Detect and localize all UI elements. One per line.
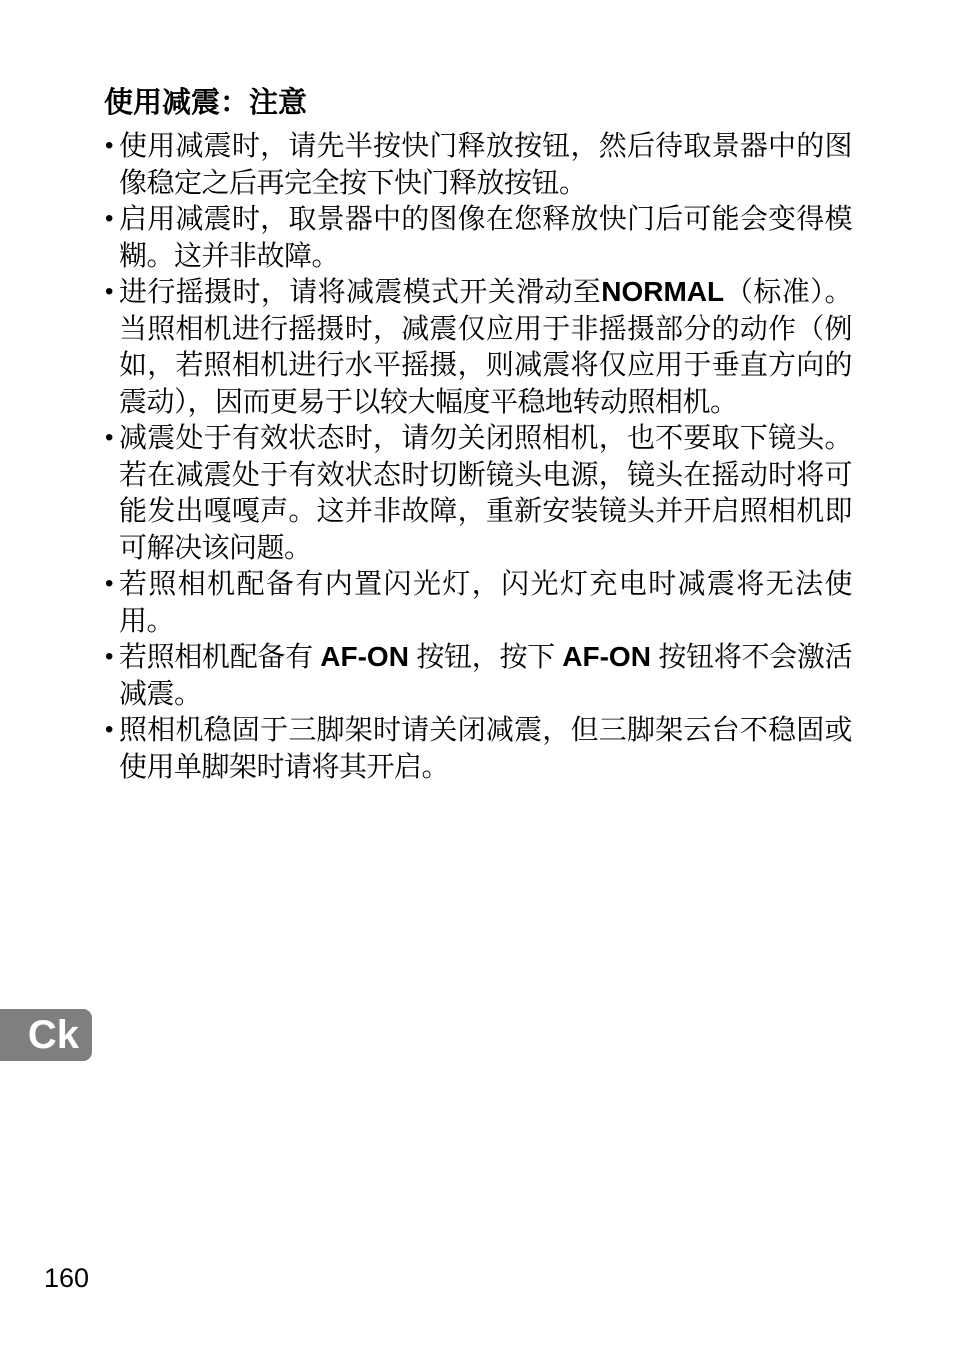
bullet-text: 启用减震时，取景器中的图像在您释放快门后可能会变得模糊。这并非故障。	[119, 203, 852, 271]
bullet-text: 使用减震时，请先半按快门释放按钮，然后待取景器中的图像稳定之后再完全按下快门释放…	[119, 130, 852, 198]
bullet-marker-icon: •	[105, 712, 113, 749]
bullet-item: •进行摇摄时，请将减震模式开关滑动至NORMAL（标准）。当照相机进行摇摄时，减…	[104, 274, 852, 420]
bullet-list: •使用减震时，请先半按快门释放按钮，然后待取景器中的图像稳定之后再完全按下快门释…	[104, 128, 852, 785]
bullet-text: 减震处于有效状态时，请勿关闭照相机，也不要取下镜头。若在减震处于有效状态时切断镜…	[119, 422, 852, 563]
bullet-marker-icon: •	[105, 201, 113, 238]
page-content: 使用减震：注意 •使用减震时，请先半按快门释放按钮，然后待取景器中的图像稳定之后…	[104, 84, 852, 785]
bullet-marker-icon: •	[105, 274, 113, 311]
bullet-item: •若照相机配备有内置闪光灯，闪光灯充电时减震将无法使用。	[104, 566, 852, 639]
page-number: 160	[44, 1261, 89, 1295]
bullet-item: •减震处于有效状态时，请勿关闭照相机，也不要取下镜头。若在减震处于有效状态时切断…	[104, 420, 852, 566]
bullet-item: •启用减震时，取景器中的图像在您释放快门后可能会变得模糊。这并非故障。	[104, 201, 852, 274]
bullet-marker-icon: •	[105, 566, 113, 603]
bullet-text: 进行摇摄时，请将减震模式开关滑动至NORMAL（标准）。当照相机进行摇摄时，减震…	[119, 276, 852, 417]
bullet-text: 照相机稳固于三脚架时请关闭减震，但三脚架云台不稳固或使用单脚架时请将其开启。	[119, 714, 852, 782]
bullet-item: •使用减震时，请先半按快门释放按钮，然后待取景器中的图像稳定之后再完全按下快门释…	[104, 128, 852, 201]
bullet-item: •若照相机配备有 AF-ON 按钮，按下 AF-ON 按钮将不会激活减震。	[104, 639, 852, 712]
bullet-marker-icon: •	[105, 420, 113, 457]
bullet-text: 若照相机配备有 AF-ON 按钮，按下 AF-ON 按钮将不会激活减震。	[119, 641, 852, 709]
manual-page: { "document": { "heading": "使用减震：注意", "b…	[0, 0, 954, 1345]
bullet-marker-icon: •	[105, 128, 113, 165]
section-heading: 使用减震：注意	[104, 84, 852, 122]
bullet-marker-icon: •	[105, 639, 113, 676]
bullet-text: 若照相机配备有内置闪光灯，闪光灯充电时减震将无法使用。	[119, 568, 852, 636]
language-section-tab: Ck	[0, 1009, 92, 1061]
bullet-item: •照相机稳固于三脚架时请关闭减震，但三脚架云台不稳固或使用单脚架时请将其开启。	[104, 712, 852, 785]
